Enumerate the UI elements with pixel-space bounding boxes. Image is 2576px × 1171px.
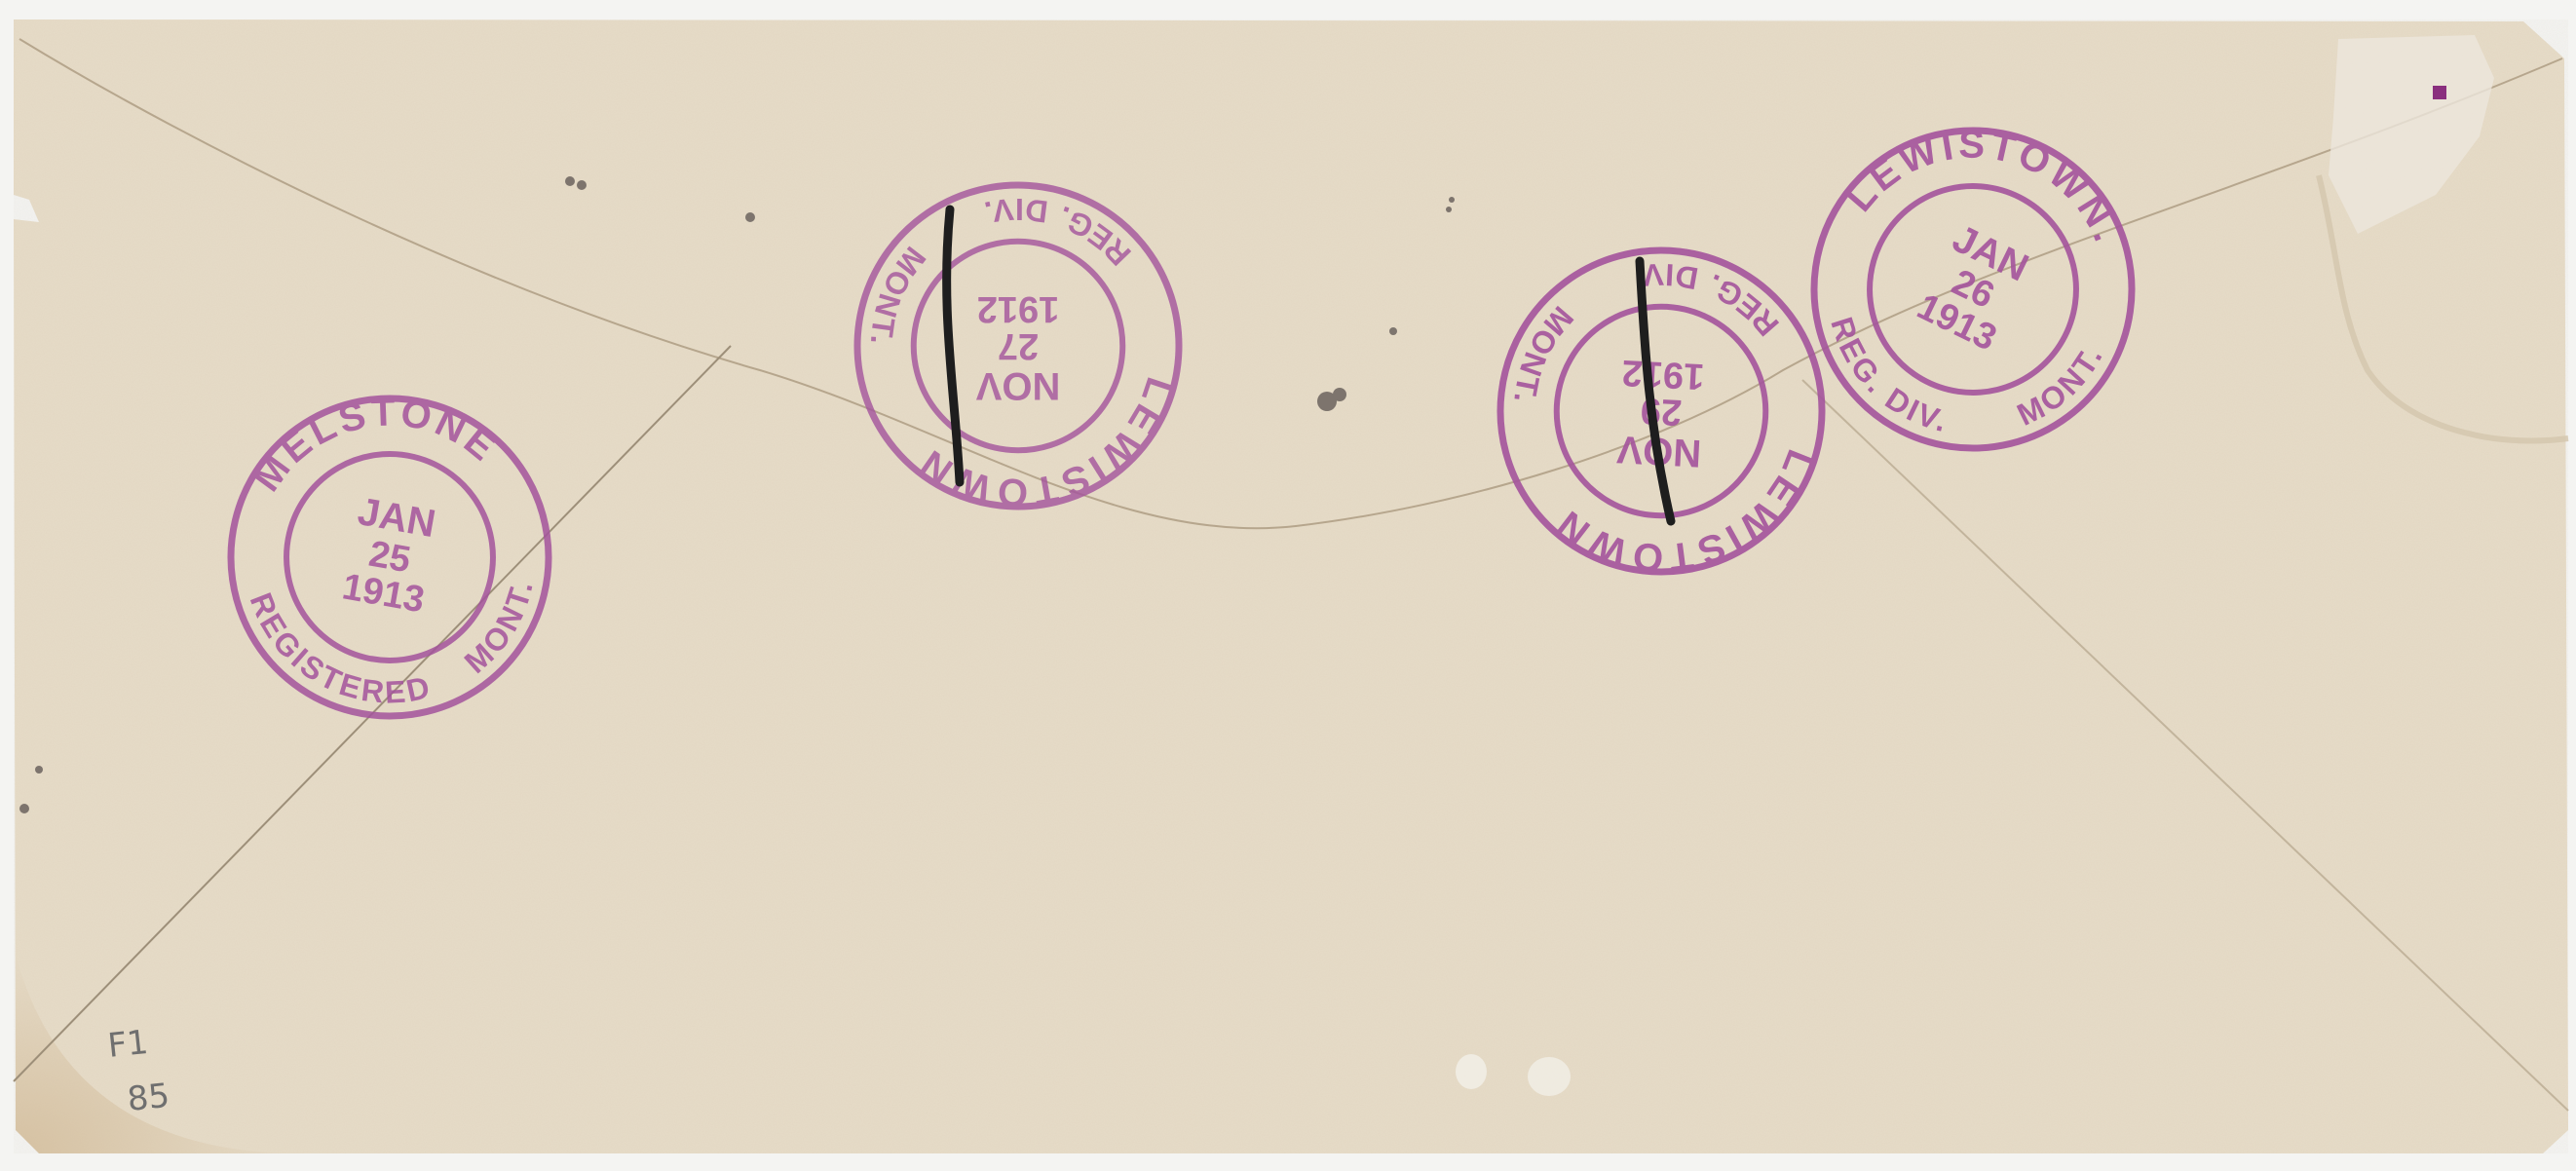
pencil-note-line1: F1 (106, 1023, 150, 1066)
postmark-day: 27 (998, 325, 1039, 366)
pencil-note-line2: 85 (126, 1077, 171, 1119)
postmark-month: NOV (975, 364, 1060, 407)
postmark-year: 1912 (1621, 352, 1706, 397)
envelope-scan: MELSTONEREGISTEREDMONT.JAN251913LEWISTOW… (0, 0, 2576, 1171)
ink-fleck (2433, 86, 2446, 99)
postmark-year: 1912 (977, 288, 1060, 329)
